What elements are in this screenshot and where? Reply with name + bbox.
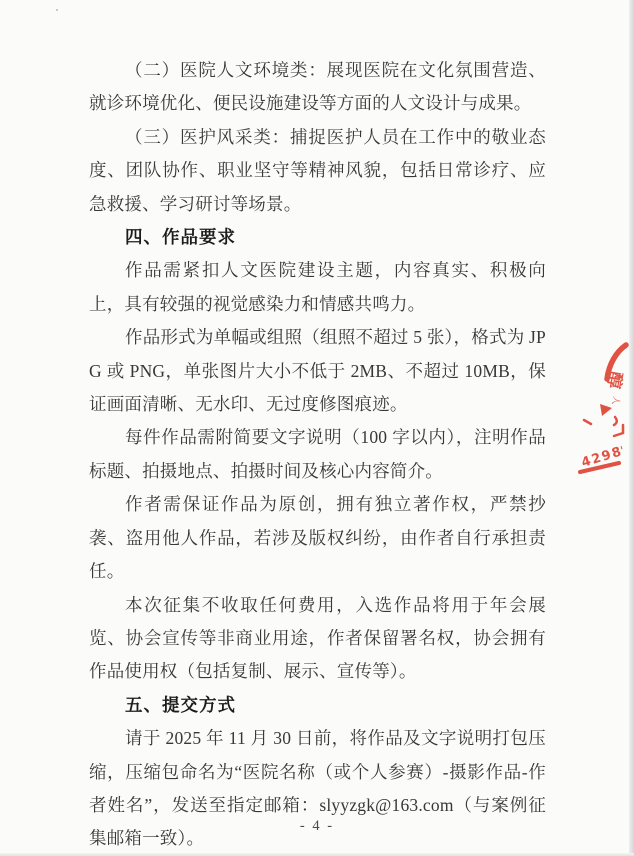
seal-glyph: 醇 (603, 370, 627, 390)
page-number: - 4 - (0, 818, 634, 835)
document-body: （二）医院人文环境类：展现医院在文化氛围营造、就诊环境优化、便民设施建设等方面的… (89, 54, 546, 856)
svg-text:': ' (619, 444, 626, 458)
paragraph: （三）医护风采类：捕捉医护人员在工作中的敬业态度、团队协作、职业坚守等精神风貌，… (89, 121, 546, 221)
svg-text:人: 人 (609, 395, 622, 406)
paragraph: 本次征集不收取任何费用，入选作品将用于年会展览、协会宣传等非商业用途，作者保留署… (89, 589, 546, 689)
red-seal-stamp: 醇 人 4298 ' (578, 336, 634, 478)
paragraph: 请于 2025 年 11 月 30 日前，将作品及文字说明打包压缩，压缩包命名为… (89, 722, 546, 856)
scan-edge-right (629, 0, 634, 856)
paragraph: 作品形式为单幅或组照（组照不超过 5 张），格式为 JPG 或 PNG，单张图片… (89, 321, 546, 421)
section-heading: 四、作品要求 (89, 221, 546, 254)
paragraph: 作者需保证作品为原创，拥有独立著作权，严禁抄袭、盗用他人作品，若涉及版权纠纷，由… (89, 488, 546, 588)
seal-number: 4298 (580, 444, 625, 471)
red-seal-graphic: 醇 人 4298 ' (578, 336, 634, 478)
paragraph: （二）医院人文环境类：展现医院在文化氛围营造、就诊环境优化、便民设施建设等方面的… (89, 54, 546, 121)
paragraph: 每件作品需附简要文字说明（100 字以内），注明作品标题、拍摄地点、拍摄时间及核… (89, 421, 546, 488)
scan-speck (56, 9, 58, 11)
paragraph: 作品需紧扣人文医院建设主题，内容真实、积极向上，具有较强的视觉感染力和情感共鸣力… (89, 254, 546, 321)
section-heading: 五、提交方式 (89, 689, 546, 722)
scanned-document-page: （二）医院人文环境类：展现医院在文化氛围营造、就诊环境优化、便民设施建设等方面的… (0, 0, 634, 856)
